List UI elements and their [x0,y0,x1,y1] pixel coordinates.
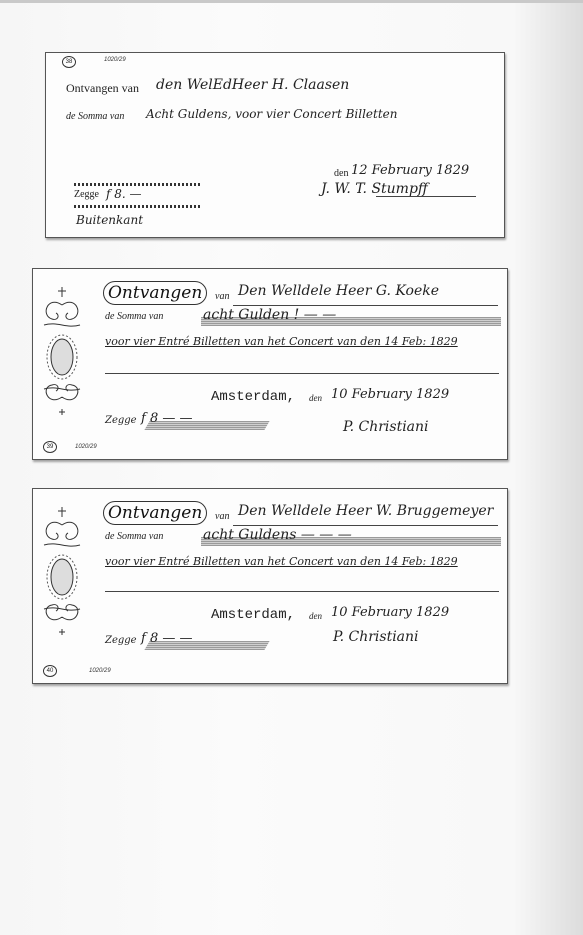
blank-line [105,591,499,592]
signature: P. Christiani [333,629,419,645]
signature: J. W. T. Stumpff [321,181,428,197]
note-text: Buitenkant [76,213,143,227]
label-van: van [215,291,229,302]
receipt-38: 38 1020/29 Ontvangen van den WelEdHeer H… [45,52,505,238]
ornament-icon [38,505,86,655]
archive-ref: 1020/29 [89,668,111,674]
payer-line [233,305,498,306]
heading-ontvangen: Ontvangen [103,281,207,305]
payer-name: den WelEdHeer H. Claasen [156,77,349,93]
sum-text: Acht Guldens, voor vier Concert Billette… [146,107,398,121]
archive-ref: 1020/29 [104,57,126,63]
payer-line [233,525,498,526]
payer-name: Den Welldele Heer W. Bruggemeyer [238,503,493,519]
sum-text: acht Gulden ! — — [203,307,336,323]
page-top-edge [0,0,583,3]
signature-line [376,196,476,197]
receipt-number: 40 [43,665,57,677]
zegge-amount: f 8 — — [141,631,192,646]
receipt-number: 39 [43,441,57,453]
date-prefix: den [309,611,322,621]
receipt-date: 12 February 1829 [351,163,469,178]
receipt-number: 38 [62,56,76,68]
zegge-top-border [74,183,202,186]
payer-name: Den Welldele Heer G. Koeke [238,283,439,299]
date-prefix: den [309,393,322,403]
date-prefix: den [334,168,348,179]
purpose-text: voor vier Entré Billetten van het Concer… [105,555,458,568]
purpose-text: voor vier Entré Billetten van het Concer… [105,335,458,348]
archive-ref: 1020/29 [75,444,97,450]
receipt-date: 10 February 1829 [331,605,449,620]
label-sum: de Somma van [105,311,163,322]
blank-line [105,373,499,374]
ornament-icon [38,285,86,435]
zegge-amount: f 8. — [106,187,142,201]
zegge-bottom-border [74,205,202,208]
signature: P. Christiani [343,419,429,435]
label-zegge: Zegge [105,635,137,646]
place-name: Amsterdam, [211,607,295,623]
heading-ontvangen: Ontvangen [103,501,207,525]
place-name: Amsterdam, [211,389,295,405]
label-sum: de Somma van [105,531,163,542]
zegge-amount: f 8 — — [141,411,192,426]
receipt-39: Ontvangen van Den Welldele Heer G. Koeke… [32,268,508,460]
label-zegge: Zegge [105,415,137,426]
sum-text: acht Guldens — — — [203,527,352,543]
receipt-40: Ontvangen van Den Welldele Heer W. Brugg… [32,488,508,684]
label-received-from: Ontvangen van [66,81,139,96]
label-zegge: Zegge [74,189,99,200]
label-sum: de Somma van [66,111,124,122]
receipt-date: 10 February 1829 [331,387,449,402]
label-van: van [215,511,229,522]
